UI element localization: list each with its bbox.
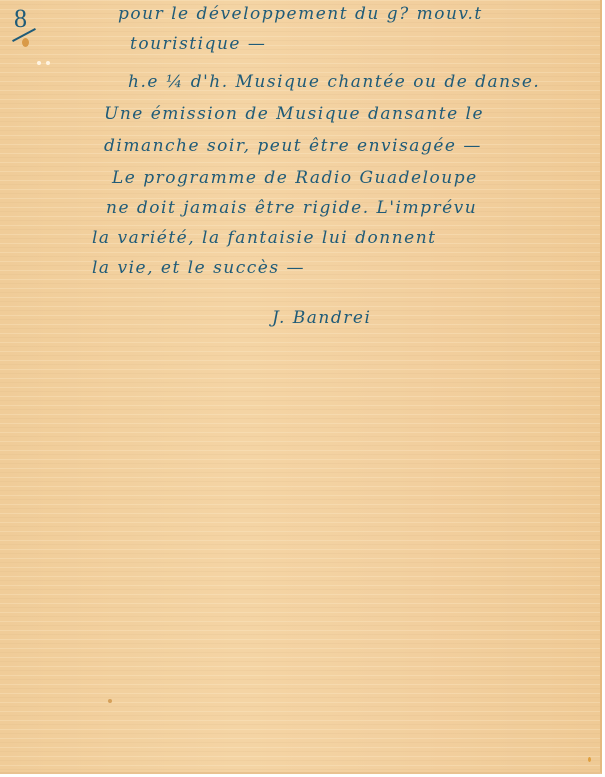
paper-speck: [588, 757, 591, 762]
paper-speck: [46, 61, 50, 65]
paper-speck: [37, 61, 41, 65]
document-page: 8 pour le développement du g? mouv.t tou…: [0, 0, 602, 774]
text-line-1: pour le développement du g? mouv.t: [118, 4, 483, 24]
ink-stain: [22, 38, 29, 47]
text-line-2: touristique —: [130, 34, 266, 54]
text-line-4: Une émission de Musique dansante le: [104, 104, 484, 124]
text-line-7: ne doit jamais être rigide. L'imprévu: [106, 198, 477, 218]
text-line-8: la variété, la fantaisie lui donnent: [92, 228, 437, 248]
paper-speck: [108, 699, 112, 703]
text-line-9: la vie, et le succès —: [92, 258, 305, 278]
signature: J. Bandrei: [272, 308, 371, 328]
text-line-3: h.e ¼ d'h. Musique chantée ou de danse.: [128, 72, 540, 92]
text-line-5: dimanche soir, peut être envisagée —: [104, 136, 482, 156]
page-number: 8: [14, 4, 27, 34]
text-line-6: Le programme de Radio Guadeloupe: [112, 168, 478, 188]
